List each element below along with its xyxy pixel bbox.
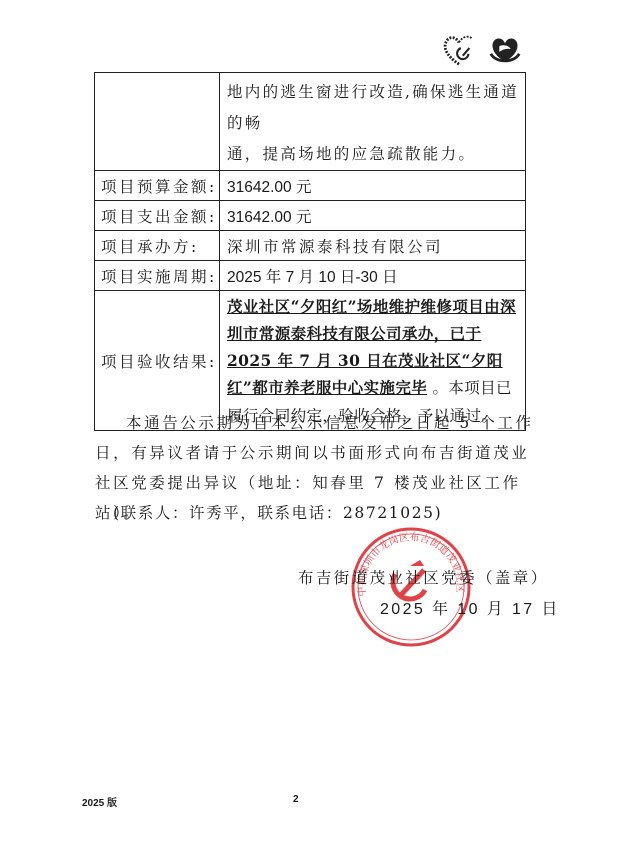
signature-org: 布吉街道茂业社区党委（盖章） — [298, 566, 549, 588]
table-row-period: 项目实施周期: 2025 年 7 月 10 日-30 日 — [95, 261, 526, 291]
description-line-2: 通，提高场地的应急疏散能力。 — [227, 139, 525, 170]
table-row-contractor: 项目承办方: 深圳市常源泰科技有限公司 — [95, 231, 526, 261]
table-row-budget: 项目预算金额: 31642.00 元 — [95, 171, 526, 201]
party-wreath-logo-icon — [440, 33, 478, 67]
table-row-description: 地内的逃生窗进行改造,确保逃生通道的畅 通，提高场地的应急疏散能力。 — [95, 73, 526, 171]
footer-page-number: 2 — [293, 794, 299, 805]
contractor-value: 深圳市常源泰科技有限公司 — [220, 231, 526, 261]
description-cell: 地内的逃生窗进行改造,确保逃生通道的畅 通，提高场地的应急疏散能力。 — [220, 73, 526, 171]
signature-date: 2025 年 10 月 17 日 — [380, 596, 560, 619]
description-line-1: 地内的逃生窗进行改造,确保逃生通道的畅 — [227, 77, 525, 139]
header-logos — [440, 33, 524, 67]
project-info-table: 地内的逃生窗进行改造,确保逃生通道的畅 通，提高场地的应急疏散能力。 项目预算金… — [94, 72, 526, 431]
expenditure-label: 项目支出金额: — [95, 201, 220, 231]
contact-line: (联系人：许秀平，联系电话：28721025) — [113, 498, 553, 528]
expenditure-value: 31642.00 元 — [220, 201, 526, 231]
budget-label: 项目预算金额: — [95, 171, 220, 201]
contractor-label: 项目承办方: — [95, 231, 220, 261]
community-heart-logo-icon — [486, 33, 524, 67]
budget-value: 31642.00 元 — [220, 171, 526, 201]
table-row-expenditure: 项目支出金额: 31642.00 元 — [95, 201, 526, 231]
empty-label-cell — [95, 73, 220, 171]
period-label: 项目实施周期: — [95, 261, 220, 291]
footer-edition: 2025 版 — [82, 794, 117, 809]
period-value: 2025 年 7 月 10 日-30 日 — [220, 261, 526, 291]
